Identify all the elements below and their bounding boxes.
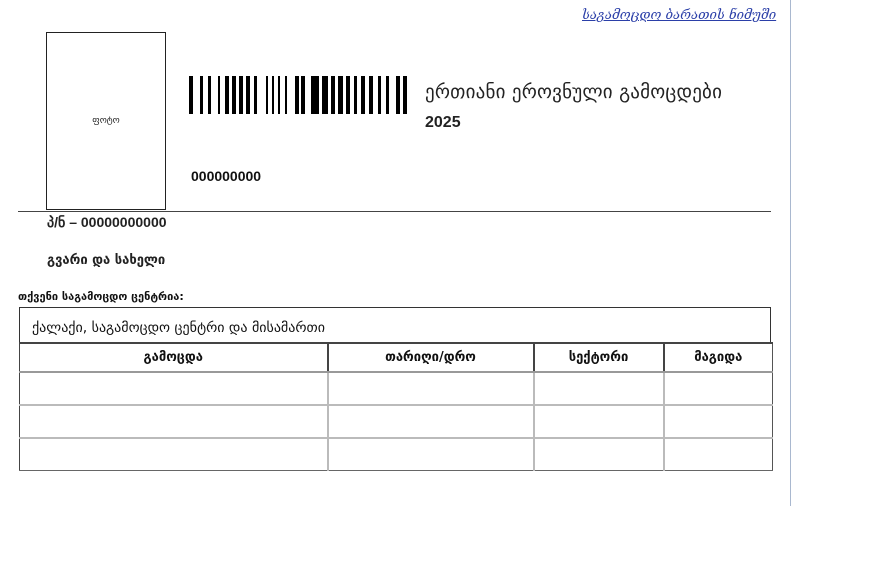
photo-placeholder: ფოტო [46, 32, 166, 210]
exam-center-address: ქალაქი, საგამოცდო ცენტრი და მისამართი [19, 307, 771, 343]
exam-year: 2025 [425, 114, 461, 132]
cell-sector [534, 438, 664, 471]
cell-datetime [328, 372, 534, 405]
exam-schedule-table: გამოცდა თარიღი/დრო სექტორი მაგიდა [19, 342, 773, 471]
column-header-sector: სექტორი [534, 343, 664, 372]
cell-table [664, 438, 773, 471]
column-header-table: მაგიდა [664, 343, 773, 372]
cell-sector [534, 405, 664, 438]
cell-sector [534, 372, 664, 405]
table-row [20, 372, 773, 405]
sample-card-link[interactable]: საგამოცდო ბარათის ნიმუში [582, 8, 776, 23]
exam-title: ერთიანი ეროვნული გამოცდები [425, 81, 722, 103]
personal-id: პ/ნ – 00000000000 [47, 214, 167, 231]
column-header-exam: გამოცდა [20, 343, 328, 372]
cell-datetime [328, 438, 534, 471]
barcode-number: 000000000 [191, 168, 261, 184]
full-name: გვარი და სახელი [47, 253, 165, 268]
cell-exam [20, 438, 328, 471]
table-header-row: გამოცდა თარიღი/დრო სექტორი მაგიდა [20, 343, 773, 372]
page-edge-divider [790, 0, 791, 506]
barcode-icon [189, 76, 411, 114]
photo-label: ფოტო [92, 116, 119, 126]
exam-center-caption: თქვენი საგამოცდო ცენტრია: [18, 290, 184, 303]
table-row [20, 438, 773, 471]
cell-table [664, 405, 773, 438]
table-row [20, 405, 773, 438]
cell-table [664, 372, 773, 405]
cell-datetime [328, 405, 534, 438]
column-header-datetime: თარიღი/დრო [328, 343, 534, 372]
cell-exam [20, 405, 328, 438]
header-divider [18, 211, 771, 212]
cell-exam [20, 372, 328, 405]
